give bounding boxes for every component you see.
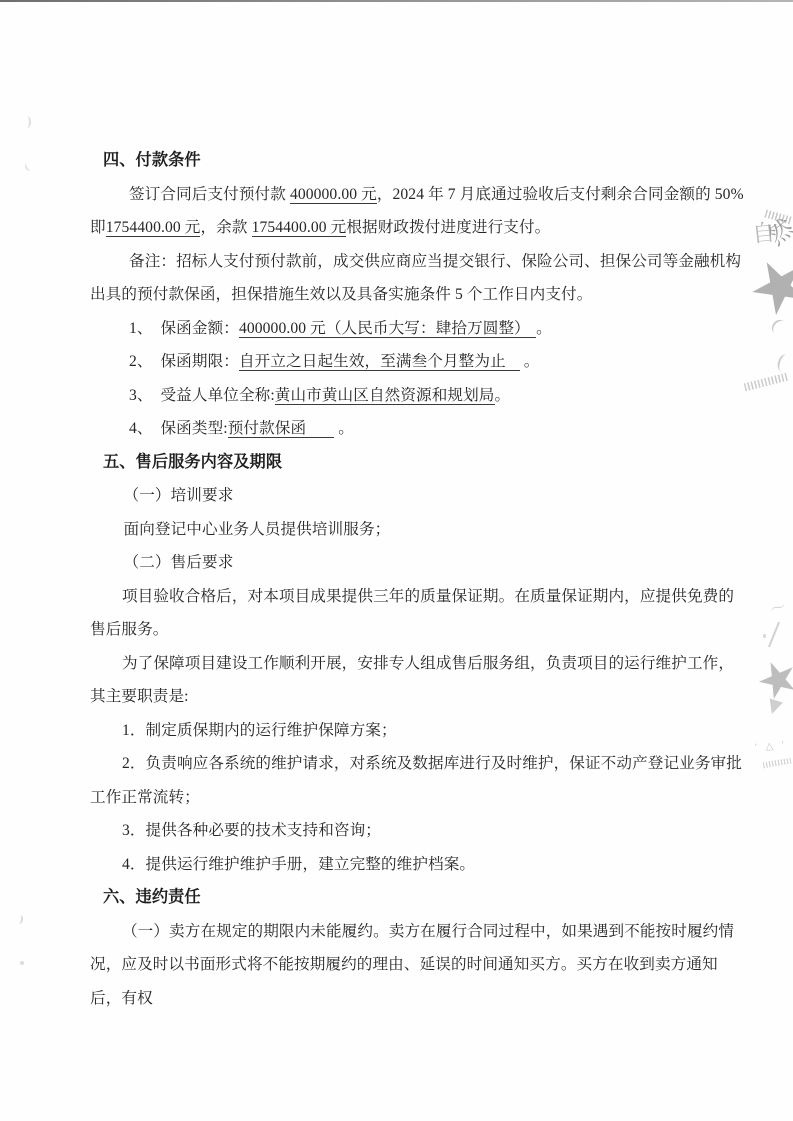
seal-squiggle: 〜: [769, 600, 788, 619]
text-run: 面向登记中心业务人员提供培训服务；: [124, 521, 391, 538]
text-run: （一）卖方在规定的期限内未能履约。卖方在履行合同过程中，如果遇到不能按时履约情况…: [90, 923, 734, 1007]
paragraph: 为了保障项目建设工作顺利开展，安排专人组成售后服务组，负责项目的运行维护工作，其…: [90, 647, 748, 714]
paragraph: 2．负责响应各系统的维护请求，对系统及数据库进行及时维护，保证不动产登记业务审批…: [90, 747, 748, 814]
paragraph: 2、 保函期限：自开立之日起生效，至满叁个月整为止 。: [90, 345, 748, 379]
text-run: 1、 保函金额：: [129, 320, 239, 337]
paragraph: （一）卖方在规定的期限内未能履约。卖方在履行合同过程中，如果遇到不能按时履约情况…: [90, 915, 748, 1016]
text-run: 4、 保函类型:: [129, 420, 228, 437]
paragraph: 3．提供各种必要的技术支持和咨询；: [90, 814, 748, 848]
text-run: ，余款: [200, 219, 251, 236]
text-run: 2．负责响应各系统的维护请求，对系统及数据库进行及时维护，保证不动产登记业务审批…: [90, 755, 742, 806]
seal-stroke: [768, 622, 780, 648]
text-run: 。: [334, 420, 354, 437]
text-run: 。: [520, 353, 540, 370]
underlined-value: 黄山市黄山区自然资源和规划局: [275, 387, 495, 405]
underlined-value: 预付款保函: [228, 420, 335, 438]
text-run: 五、售后服务内容及期限: [103, 453, 282, 471]
text-run: 四、付款条件: [103, 151, 201, 169]
paragraph: 面向登记中心业务人员提供培训服务；: [90, 513, 748, 547]
text-run: 签订合同后支付预付款: [129, 186, 290, 203]
text-run: 项目验收合格后，对本项目成果提供三年的质量保证期。在质量保证期内，应提供免费的售…: [90, 588, 734, 639]
paragraph: 4．提供运行维护维护手册，建立完整的维护档案。: [90, 848, 748, 882]
scan-speck: [20, 961, 24, 965]
text-run: 1．制定质保期内的运行维护保障方案；: [122, 722, 397, 739]
underlined-value: 400000.00 元: [290, 186, 377, 204]
section-heading: 六、违约责任: [90, 881, 748, 915]
text-run: 为了保障项目建设工作顺利开展，安排专人组成售后服务组，负责项目的运行维护工作，其…: [90, 655, 734, 706]
text-run: 备注：招标人支付预付款前，成交供应商应当提交银行、保险公司、担保公司等金融机构出…: [90, 253, 741, 304]
text-run: 六、违约责任: [103, 888, 201, 906]
paragraph: 备注：招标人支付预付款前，成交供应商应当提交银行、保险公司、担保公司等金融机构出…: [90, 245, 748, 312]
text-run: 。: [536, 320, 552, 337]
scanned-contract-page: 四、付款条件签订合同后支付预付款 400000.00 元，2024 年 7 月底…: [0, 0, 793, 1121]
paragraph: 3、 受益人单位全称:黄山市黄山区自然资源和规划局。: [90, 379, 748, 413]
scan-edge-line: [0, 0, 793, 2]
text-run: （二）售后要求: [124, 554, 234, 571]
paragraph: （一）培训要求: [90, 479, 748, 513]
underlined-value: 400000.00 元（人民币大写：肆拾万圆整）: [239, 320, 536, 338]
underlined-value: 自开立之日起生效，至满叁个月整为止: [239, 353, 520, 371]
section-heading: 四、付款条件: [90, 144, 748, 178]
text-run: 3、 受益人单位全称:: [129, 387, 275, 404]
text-run: （一）培训要求: [124, 487, 234, 504]
seal-tiny-marks: ′ △ ′: [755, 741, 788, 754]
seal-arc-hatch: [763, 758, 792, 769]
scan-speck: [23, 116, 31, 128]
underlined-value: 1754400.00 元: [106, 219, 201, 237]
paragraph: 1、 保函金额：400000.00 元（人民币大写：肆拾万圆整）。: [90, 312, 748, 346]
seal-arc-hatch: [744, 373, 789, 391]
paragraph: 4、 保函类型:预付款保函 。: [90, 412, 748, 446]
seal-star-icon: ★: [740, 250, 793, 324]
scan-speck: [23, 161, 34, 173]
paragraph: 1．制定质保期内的运行维护保障方案；: [90, 714, 748, 748]
section-heading: 五、售后服务内容及期限: [90, 446, 748, 480]
scan-speck: [15, 915, 23, 925]
seal-curve: [776, 353, 793, 374]
seal-star-icon: ★: [753, 656, 793, 703]
text-run: 。: [495, 387, 511, 404]
text-run: 3．提供各种必要的技术支持和咨询；: [122, 822, 381, 839]
text-run: 4．提供运行维护维护手册，建立完整的维护档案。: [122, 856, 475, 873]
paragraph: （二）售后要求: [90, 546, 748, 580]
seal-dot: [763, 634, 766, 638]
contract-text-body: 四、付款条件签订合同后支付预付款 400000.00 元，2024 年 7 月底…: [90, 144, 748, 1015]
text-run: 根据财政拨付进度进行支付。: [346, 219, 550, 236]
paragraph: 签订合同后支付预付款 400000.00 元，2024 年 7 月底通过验收后支…: [90, 178, 748, 245]
underlined-value: 1754400.00 元: [252, 219, 347, 237]
paragraph: 项目验收合格后，对本项目成果提供三年的质量保证期。在质量保证期内，应提供免费的售…: [90, 580, 748, 647]
text-run: 2、 保函期限：: [129, 353, 239, 370]
